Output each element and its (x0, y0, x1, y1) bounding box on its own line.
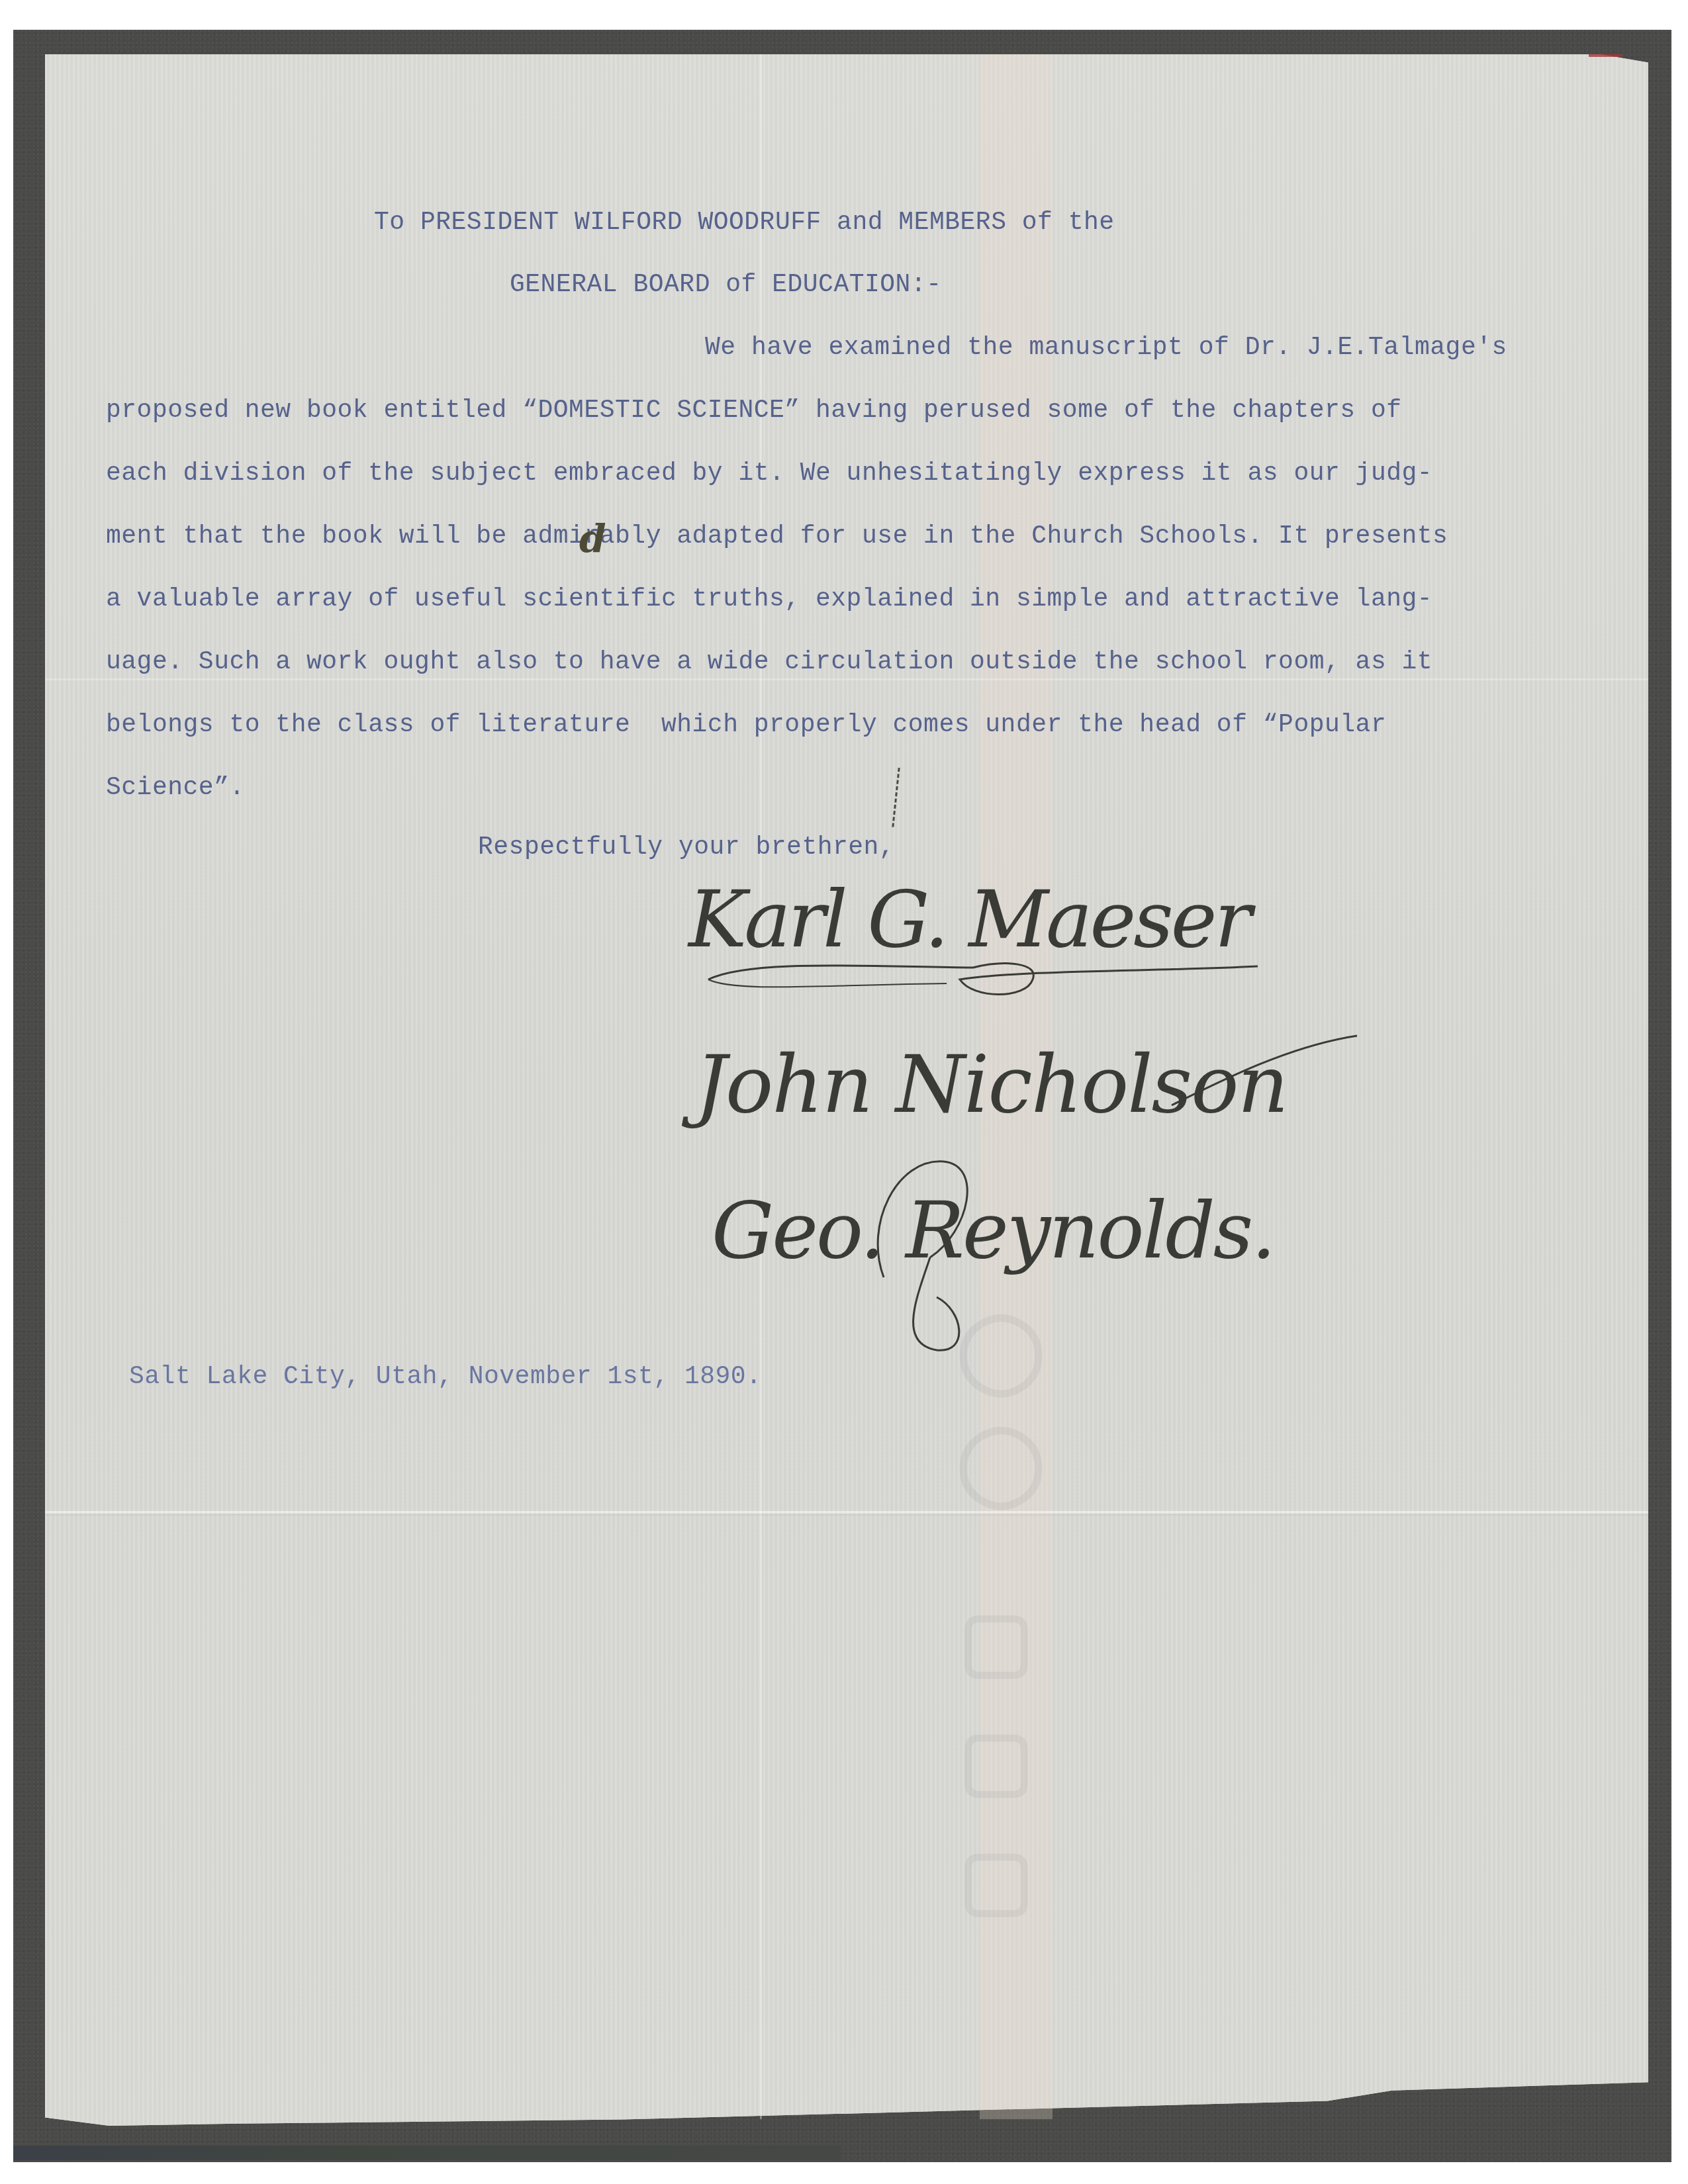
body-line: Science”. (106, 776, 245, 801)
closing: Respectfully your brethren, (478, 835, 894, 860)
signature-karl-g-maeser: Karl G. Maeser (688, 874, 1249, 965)
body-line: We have examined the manuscript of Dr. J… (705, 336, 1507, 361)
signature-geo-reynolds: Geo. Reynolds. (712, 1185, 1274, 1276)
signature-flourish (1172, 1032, 1370, 1112)
scan-edge-strip (13, 2146, 841, 2160)
body-line: proposed new book entitled “DOMESTIC SCI… (106, 398, 1402, 424)
paper-edge-mark (1589, 54, 1622, 57)
signature-flourish (857, 1145, 1003, 1357)
dateline: Salt Lake City, Utah, November 1st, 1890… (129, 1365, 761, 1390)
body-line: uage. Such a work ought also to have a w… (106, 650, 1432, 675)
salutation-line-2: GENERAL BOARD of EDUCATION:- (510, 273, 942, 298)
body-line: each division of the subject embraced by… (106, 461, 1432, 486)
horizontal-fold-line-upper (45, 678, 1648, 680)
show-through-mark: ▢ (957, 1840, 1036, 1919)
horizontal-fold-line-lower (45, 1511, 1648, 1514)
show-through-mark: ▢ (957, 1721, 1036, 1800)
signature-flourish (695, 953, 1291, 1006)
body-line: ment that the book will be admirably ada… (106, 524, 1448, 549)
handwritten-correction: d (579, 516, 606, 561)
salutation-line-1: To PRESIDENT WILFORD WOODRUFF and MEMBER… (374, 210, 1115, 236)
show-through-mark: ◯ (957, 1423, 1036, 1502)
show-through-mark: ▢ (957, 1602, 1036, 1681)
signature-text: Karl G. Maeser (688, 874, 1249, 965)
signature-john-nicholson: John Nicholson (695, 1039, 1288, 1131)
body-line: belongs to the class of literature which… (106, 713, 1386, 738)
body-line: a valuable array of useful scientific tr… (106, 587, 1432, 612)
